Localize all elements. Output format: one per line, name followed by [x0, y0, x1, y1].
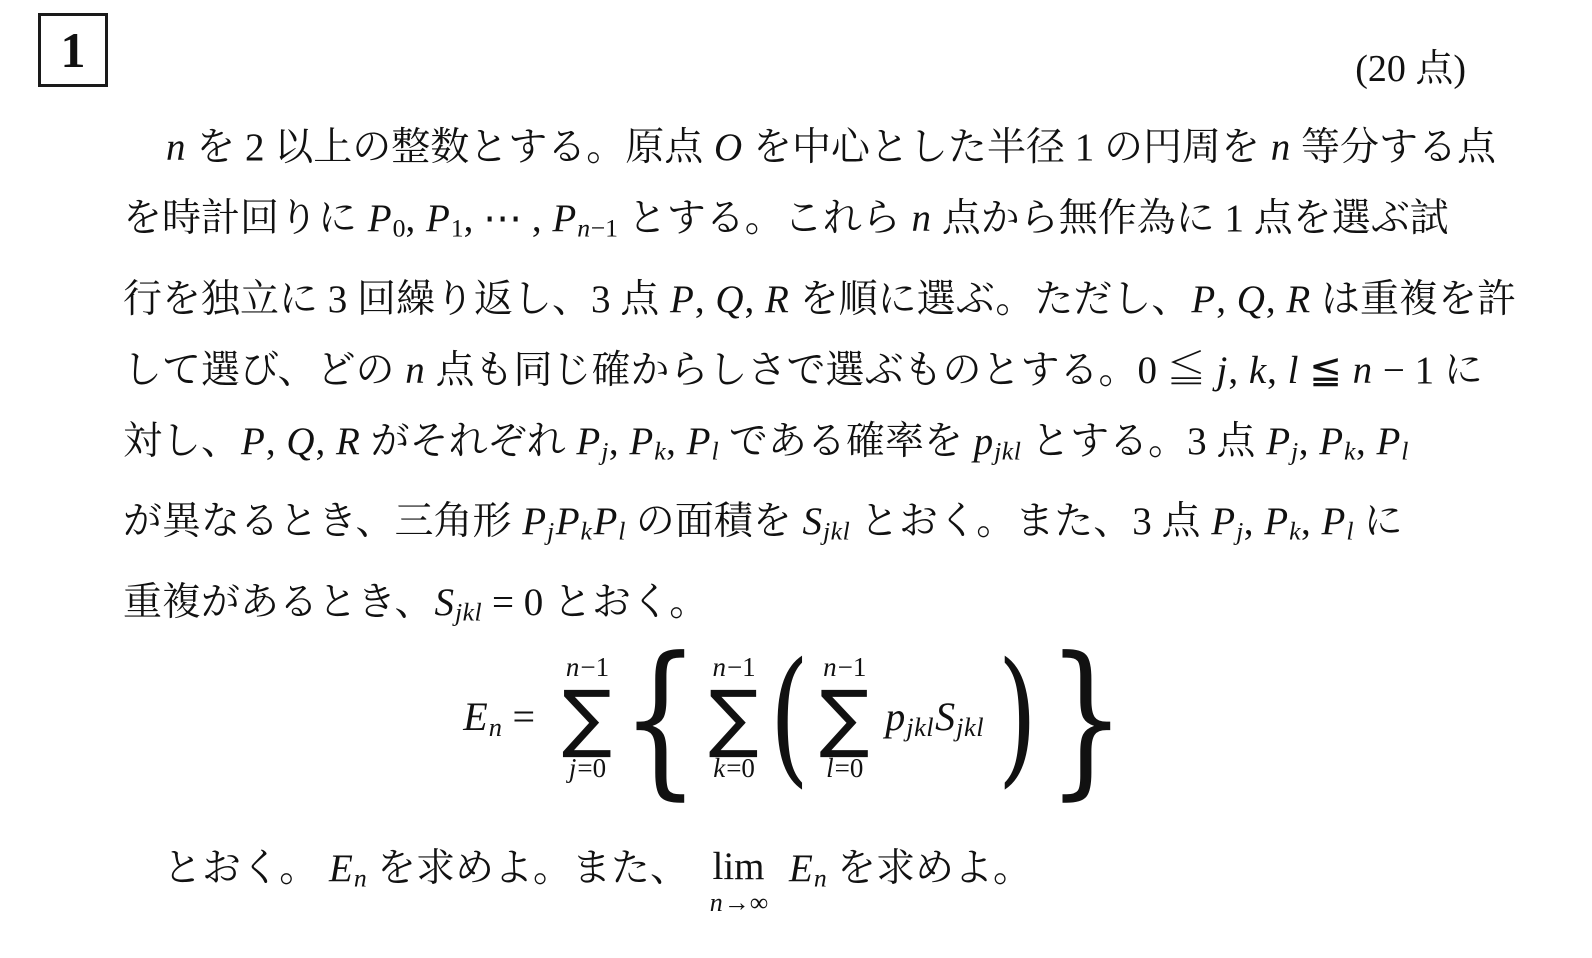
limit-operator: lim n→∞ [709, 847, 769, 918]
sum-lower-limit: j=0 [568, 753, 606, 784]
statement-line-4: して選び、どの n 点も同じ確からしさで選ぶものとする。0 ≦ j, k, l … [123, 335, 1503, 406]
statement-line-2: を時計回りに P0, P1, ⋯ , Pn−1 とする。これら n 点から無作為… [123, 183, 1503, 264]
lim-subscript: n→∞ [709, 888, 769, 918]
sigma-icon: ∑ [562, 683, 612, 753]
sigma-icon: ∑ [709, 683, 759, 753]
statement-line-7: 重複があるとき、Sjkl = 0 とおく。 [123, 567, 1503, 648]
sum-lower-limit: k=0 [712, 753, 755, 784]
exam-problem-page: 1 (20 点) n を 2 以上の整数とする。原点 O を中心とした半径 1 … [0, 0, 1592, 958]
sum-operator-k: n−1 ∑ k=0 [709, 652, 759, 784]
points-label: (20 点) [1355, 50, 1466, 88]
statement-line-5: 対し、P, Q, R がそれぞれ Pj, Pk, Pl である確率を pjkl … [123, 406, 1503, 487]
formula-summand: pjklSjkl [884, 697, 984, 740]
sigma-icon: ∑ [819, 683, 869, 753]
formula-display: En = n−1 ∑ j=0 { n−1 ∑ k=0 ( n−1 ∑ l=0 p… [0, 652, 1592, 784]
problem-statement: n を 2 以上の整数とする。原点 O を中心とした半径 1 の円周を n 等分… [123, 112, 1503, 648]
closing-pre-text: とおく。 En を求めよ。また、 [163, 847, 689, 890]
problem-number: 1 [61, 25, 86, 75]
formula-lhs: En = [462, 697, 545, 740]
sum-operator-j: n−1 ∑ j=0 [562, 652, 612, 784]
closing-post-text: En を求めよ。 [788, 847, 1032, 890]
problem-number-box: 1 [38, 13, 108, 87]
statement-line-1: n を 2 以上の整数とする。原点 O を中心とした半径 1 の円周を n 等分… [123, 112, 1503, 183]
lim-label: lim [709, 847, 769, 888]
statement-line-3: 行を独立に 3 回繰り返し、3 点 P, Q, R を順に選ぶ。ただし、P, Q… [123, 264, 1503, 335]
sum-operator-l: n−1 ∑ l=0 [819, 652, 869, 784]
sum-lower-limit: l=0 [825, 753, 863, 784]
closing-question: とおく。 En を求めよ。また、 lim n→∞ En を求めよ。 [163, 833, 1032, 918]
statement-line-6: が異なるとき、三角形 PjPkPl の面積を Sjkl とおく。また、3 点 P… [123, 486, 1503, 567]
